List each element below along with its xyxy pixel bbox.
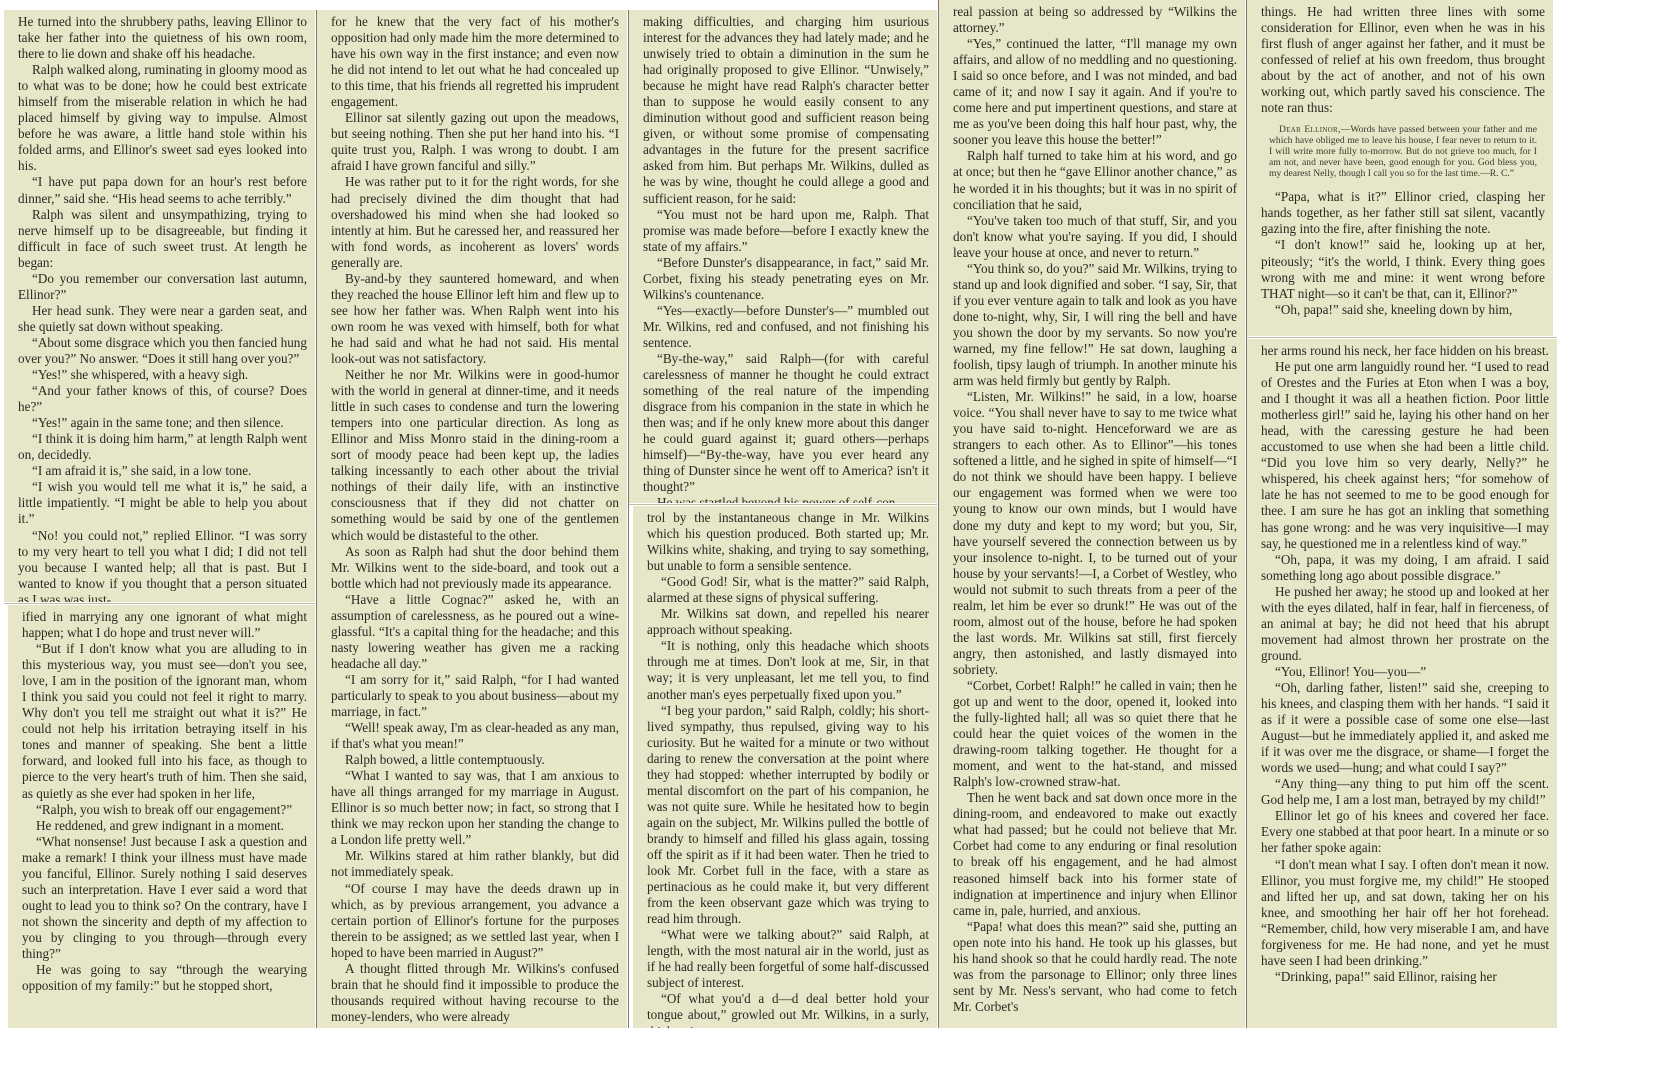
paragraph: “You, Ellinor! You—you—” [1261, 664, 1549, 680]
paragraph: “Any thing—any thing to put him off the … [1261, 776, 1549, 808]
paragraph: “Oh, papa!” said she, kneeling down by h… [1261, 302, 1545, 318]
column-3-top: making difficulties, and charging him us… [629, 10, 937, 503]
clipping-seam [4, 603, 315, 604]
paragraph: “Yes—exactly—before Dunster's—” mumbled … [643, 303, 929, 351]
paragraph: “By-the-way,” said Ralph—(for with caref… [643, 351, 929, 495]
paragraph: He put one arm languidly round her. “I u… [1261, 359, 1549, 552]
paragraph: trol by the instantaneous change in Mr. … [647, 510, 929, 574]
newspaper-page: He turned into the shrubbery paths, leav… [0, 0, 1658, 1080]
paragraph: He was rather put to it for the right wo… [331, 174, 619, 270]
column-3-bottom: trol by the instantaneous change in Mr. … [633, 506, 937, 1028]
paragraph: Ellinor let go of his knees and covered … [1261, 808, 1549, 856]
paragraph: things. He had written three lines with … [1261, 4, 1545, 116]
paragraph: “You think so, do you?” said Mr. Wilkins… [953, 261, 1237, 389]
paragraph: “Yes!” she whispered, with a heavy sigh. [18, 367, 307, 383]
paragraph: “You must not be hard upon me, Ralph. Th… [643, 207, 929, 255]
note-salutation: Dear Ellinor, [1279, 124, 1341, 135]
paragraph: “Oh, darling father, listen!” said she, … [1261, 680, 1549, 776]
paragraph: “I have put papa down for an hour's rest… [18, 174, 307, 206]
column-1-top: He turned into the shrubbery paths, leav… [4, 10, 315, 602]
paragraph: “What were we talking about?” said Ralph… [647, 927, 929, 991]
paragraph: “What I wanted to say was, that I am anx… [331, 768, 619, 848]
column-1-bottom: ified in marrying any one ignorant of wh… [8, 605, 315, 1028]
paragraph: “About some disgrace which you then fanc… [18, 335, 307, 367]
paragraph: Ralph bowed, a little contemptuously. [331, 752, 619, 768]
paragraph: “I am afraid it is,” she said, in a low … [18, 463, 307, 479]
column-4: real passion at being so addressed by “W… [939, 0, 1245, 1028]
paragraph: “Papa! what does this mean?” said she, p… [953, 919, 1237, 1015]
paragraph: Her head sunk. They were near a garden s… [18, 303, 307, 335]
paragraph: real passion at being so addressed by “W… [953, 4, 1237, 36]
paragraph: “You've taken too much of that stuff, Si… [953, 213, 1237, 261]
column-5-top: things. He had written three lines with … [1247, 0, 1553, 336]
paragraph: “But if I don't know what you are alludi… [22, 641, 307, 801]
paragraph: “I don't mean what I say. I often don't … [1261, 857, 1549, 969]
clipping-seam [1247, 337, 1557, 338]
paragraph: He was going to say “through the wearyin… [22, 962, 307, 994]
paragraph: Neither he nor Mr. Wilkins were in good-… [331, 367, 619, 544]
paragraph: Mr. Wilkins stared at him rather blankly… [331, 848, 619, 880]
paragraph: “Listen, Mr. Wilkins!” he said, in a low… [953, 389, 1237, 678]
paragraph: “Of course I may have the deeds drawn up… [331, 881, 619, 961]
paragraph: Ralph half turned to take him at his wor… [953, 148, 1237, 212]
paragraph: Ralph was silent and unsympathizing, try… [18, 207, 307, 271]
paragraph: ified in marrying any one ignorant of wh… [22, 609, 307, 641]
paragraph: “I don't know!” said he, looking up at h… [1261, 237, 1545, 301]
paragraph: “I think it is doing him harm,” at lengt… [18, 431, 307, 463]
paragraph: “What nonsense! Just because I ask a que… [22, 834, 307, 962]
paragraph: He reddened, and grew indignant in a mom… [22, 818, 307, 834]
paragraph: making difficulties, and charging him us… [643, 14, 929, 207]
clipping-seam [629, 504, 937, 505]
paragraph: He turned into the shrubbery paths, leav… [18, 14, 307, 62]
paragraph: Ralph walked along, ruminating in gloomy… [18, 62, 307, 174]
paragraph: her arms round his neck, her face hidden… [1261, 343, 1549, 359]
paragraph: “Have a little Cognac?” asked he, with a… [331, 592, 619, 672]
paragraph: “Do you remember our conversation last a… [18, 271, 307, 303]
paragraph: “Of what you'd a d—d deal better hold yo… [647, 991, 929, 1028]
paragraph: “Before Dunster's disappearance, in fact… [643, 255, 929, 303]
paragraph: “Yes!” again in the same tone; and then … [18, 415, 307, 431]
paragraph: “No! you could not,” replied Ellinor. “I… [18, 528, 307, 603]
paragraph: He was startled beyond his power of self… [643, 495, 929, 503]
paragraph: “Ralph, you wish to break off our engage… [22, 802, 307, 818]
paragraph: A thought flitted through Mr. Wilkins's … [331, 961, 619, 1025]
paragraph: As soon as Ralph had shut the door behin… [331, 544, 619, 592]
paragraph: Then he went back and sat down once more… [953, 790, 1237, 918]
paragraph: Ellinor sat silently gazing out upon the… [331, 110, 619, 174]
paragraph: “Drinking, papa!” said Ellinor, raising … [1261, 969, 1549, 985]
paragraph: “Yes,” continued the latter, “I'll manag… [953, 36, 1237, 148]
paragraph: By-and-by they sauntered homeward, and w… [331, 271, 619, 367]
paragraph: “It is nothing, only this headache which… [647, 638, 929, 702]
paragraph: “Oh, papa, it was my doing, I am afraid.… [1261, 552, 1549, 584]
paragraph: “I beg your pardon,” said Ralph, coldly;… [647, 703, 929, 928]
paragraph: “Good God! Sir, what is the matter?” sai… [647, 574, 929, 606]
paragraph: “Papa, what is it?” Ellinor cried, clasp… [1261, 189, 1545, 237]
quoted-note: Dear Ellinor,—Words have passed between … [1269, 124, 1537, 179]
column-2: for he knew that the very fact of his mo… [317, 10, 627, 1028]
paragraph: He pushed her away; he stood up and look… [1261, 584, 1549, 664]
paragraph: “Corbet, Corbet! Ralph!” he called in va… [953, 678, 1237, 790]
paragraph: “Well! speak away, I'm as clear-headed a… [331, 720, 619, 752]
column-5-bottom: her arms round his neck, her face hidden… [1247, 339, 1557, 1028]
paragraph: Mr. Wilkins sat down, and repelled his n… [647, 606, 929, 638]
paragraph: “I am sorry for it,” said Ralph, “for I … [331, 672, 619, 720]
paragraph: “And your father knows of this, of cours… [18, 383, 307, 415]
paragraph: for he knew that the very fact of his mo… [331, 14, 619, 110]
paragraph: “I wish you would tell me what it is,” h… [18, 479, 307, 527]
